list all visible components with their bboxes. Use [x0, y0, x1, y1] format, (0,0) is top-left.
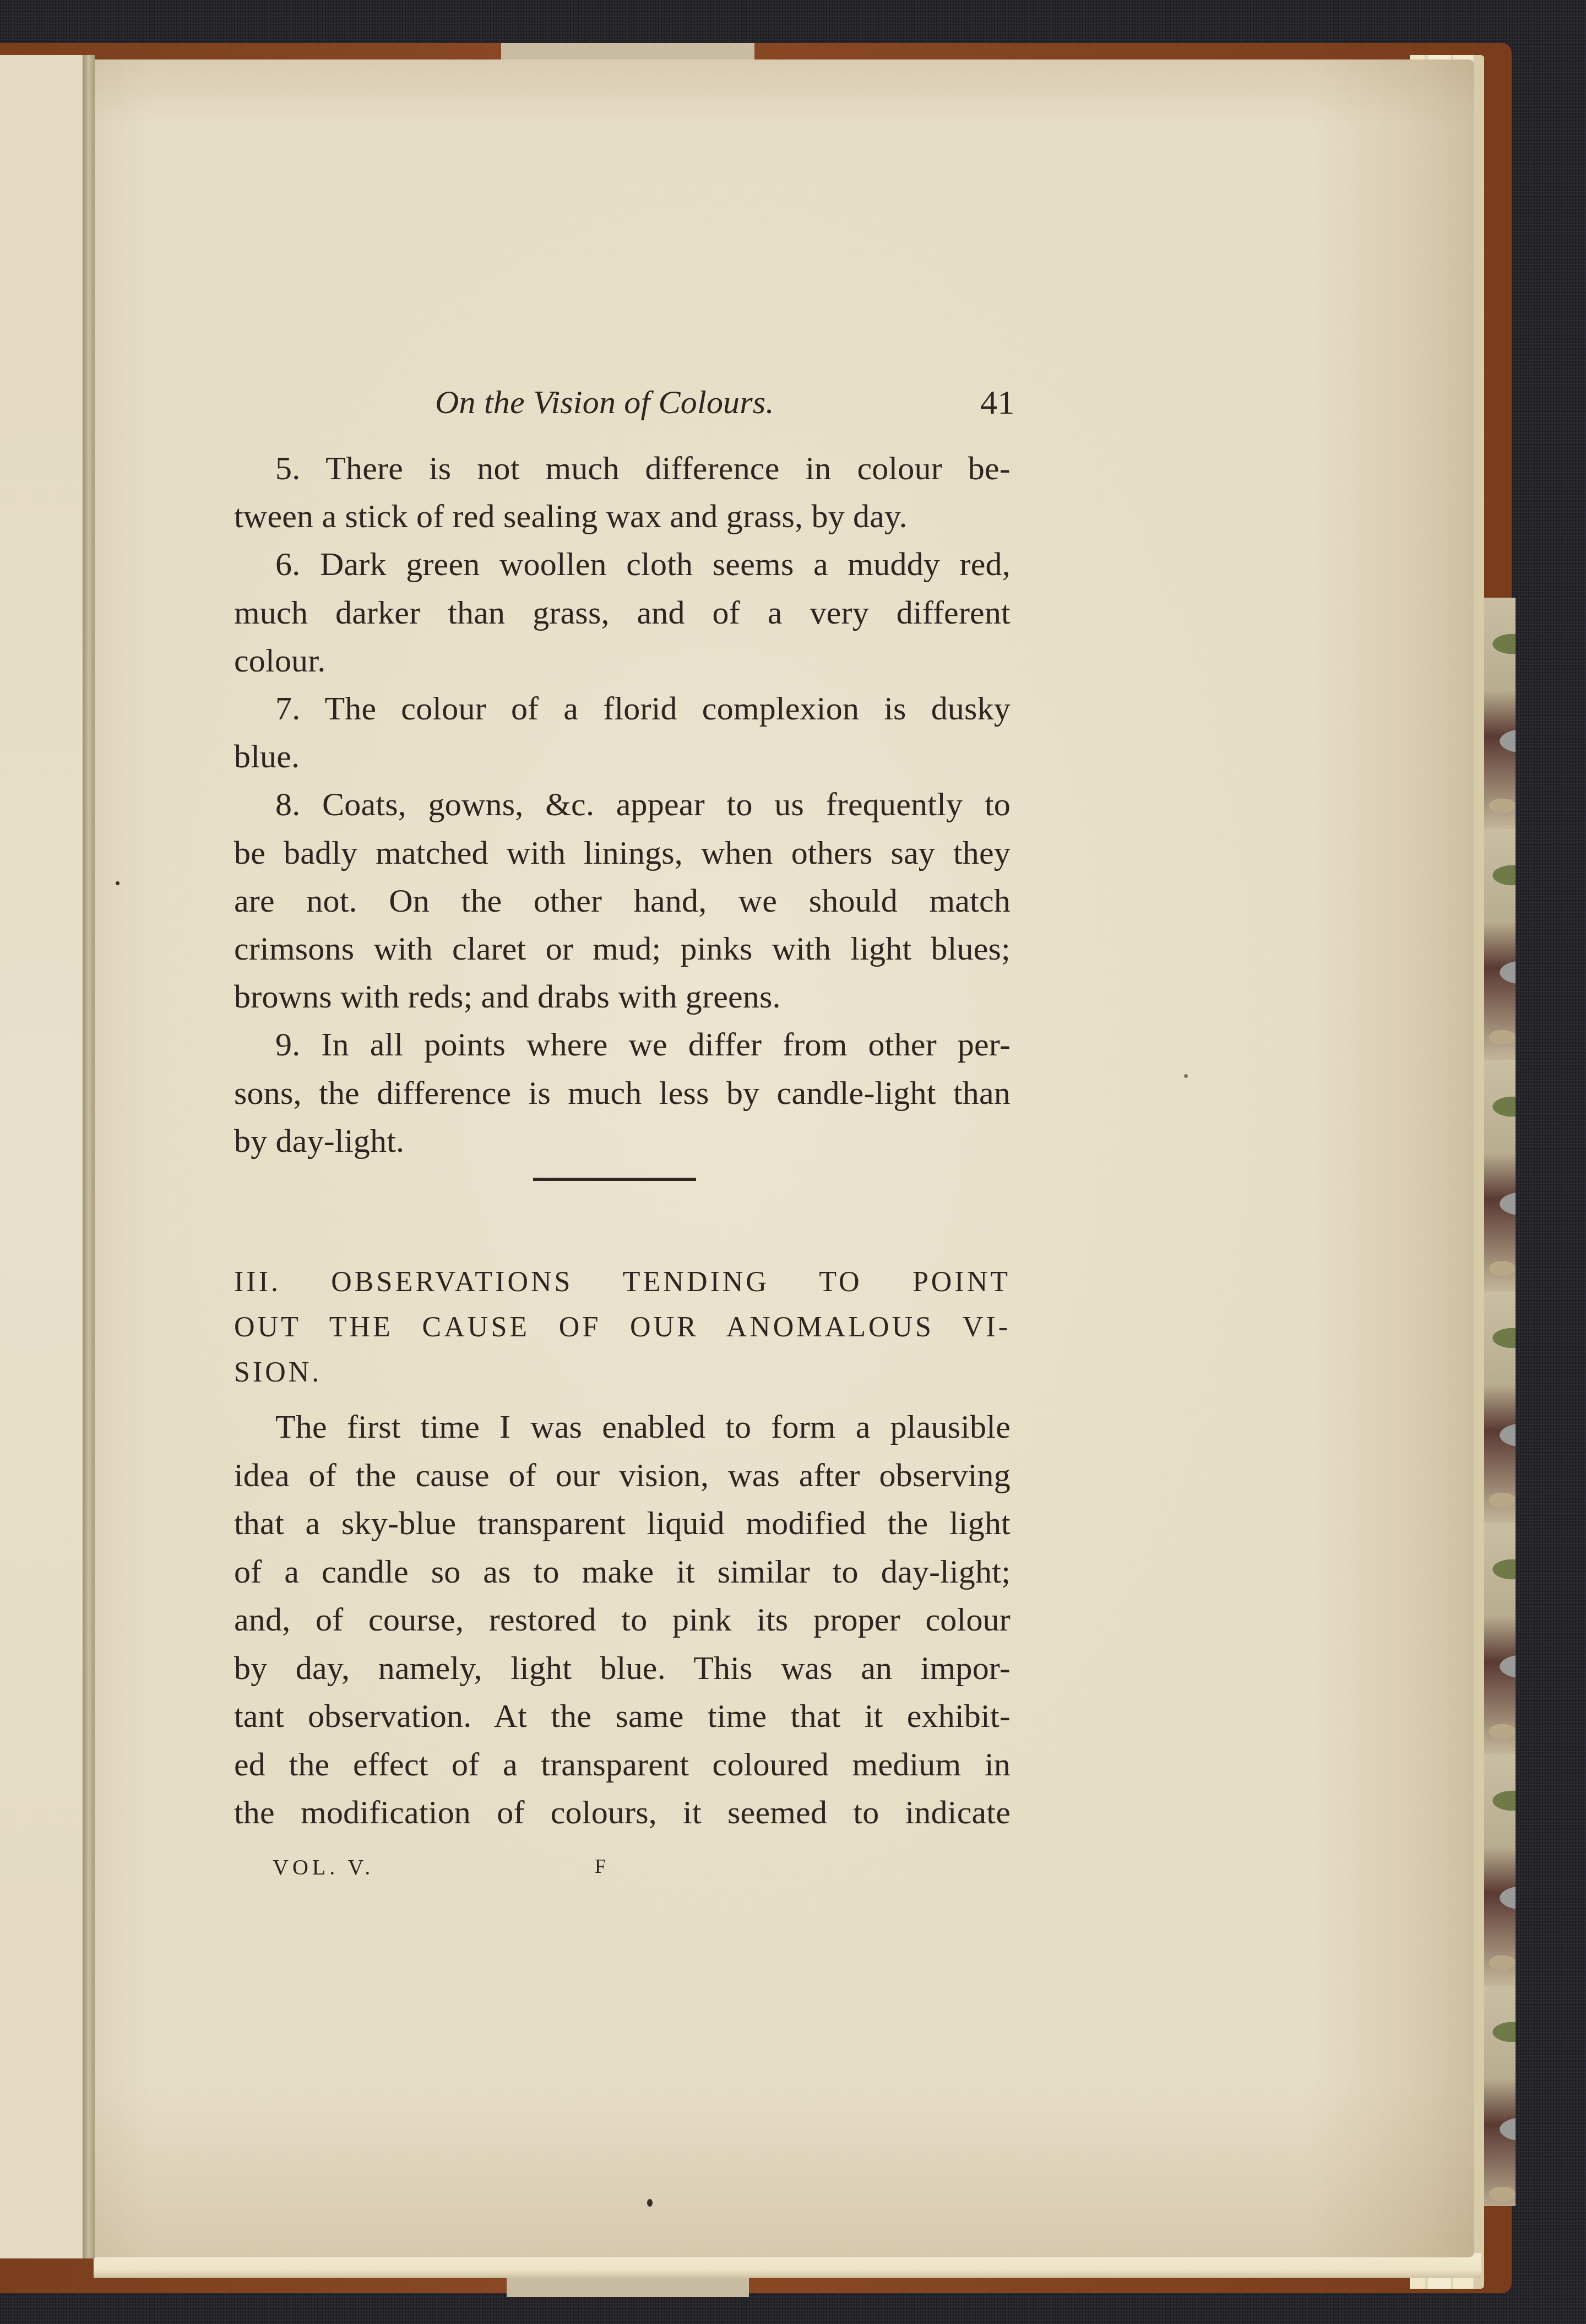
text-line: and, of course, restored to pink its pro… — [234, 1603, 1011, 1636]
left-page-sliver — [0, 55, 83, 2258]
text-line: idea of the cause of our vision, was aft… — [234, 1459, 1011, 1492]
gutter — [83, 55, 95, 2258]
text-line: colour. — [234, 644, 1011, 677]
text-line: 5. There is not much difference in colou… — [234, 452, 1011, 485]
text-line: of a candle so as to make it similar to … — [234, 1555, 1011, 1588]
text-line: tant observation. At the same time that … — [234, 1699, 1011, 1732]
text-line: crimsons with claret or mud; pinks with … — [234, 932, 1011, 965]
section-heading-line-3: SION. — [234, 1358, 1011, 1387]
text-line: by day-light. — [234, 1124, 1011, 1157]
ink-speck — [1184, 1074, 1188, 1078]
marbled-paper-cover — [1481, 598, 1516, 2206]
running-title: On the Vision of Colours. — [435, 386, 774, 419]
text-line: blue. — [234, 740, 1011, 773]
section-divider-rule — [533, 1178, 696, 1181]
text-line: The first time I was enabled to form a p… — [234, 1410, 1011, 1443]
text-line: the modification of colours, it seemed t… — [234, 1796, 1011, 1829]
text-line: 8. Coats, gowns, &c. appear to us freque… — [234, 788, 1011, 821]
text-line: browns with reds; and drabs with greens. — [234, 980, 1011, 1013]
section-heading-line-2: OUT THE CAUSE OF OUR ANOMALOUS VI- — [234, 1313, 1011, 1342]
text-line: 7. The colour of a florid complexion is … — [234, 692, 1011, 725]
ink-speck — [647, 2199, 653, 2207]
volume-signature: VOL. V. — [273, 1856, 374, 1878]
text-line: 6. Dark green woollen cloth seems a mudd… — [234, 548, 1011, 581]
page-number: 41 — [980, 386, 1014, 420]
text-line: that a sky-blue transparent liquid modif… — [234, 1507, 1011, 1540]
text-line: are not. On the other hand, we should ma… — [234, 884, 1011, 917]
ink-speck — [116, 881, 120, 885]
text-line: much darker than grass, and of a very di… — [234, 596, 1011, 629]
text-line: by day, namely, light blue. This was an … — [234, 1651, 1011, 1684]
text-line: be badly matched with linings, when othe… — [234, 836, 1011, 869]
text-line: sons, the difference is much less by can… — [234, 1076, 1011, 1109]
text-line: ed the effect of a transparent coloured … — [234, 1748, 1011, 1781]
section-heading-line-1: III. OBSERVATIONS TENDING TO POINT — [234, 1268, 1011, 1297]
gathering-signature-mark: F — [595, 1856, 610, 1876]
text-line: 9. In all points where we differ from ot… — [234, 1028, 1011, 1061]
text-line: tween a stick of red sealing wax and gra… — [234, 500, 1011, 533]
